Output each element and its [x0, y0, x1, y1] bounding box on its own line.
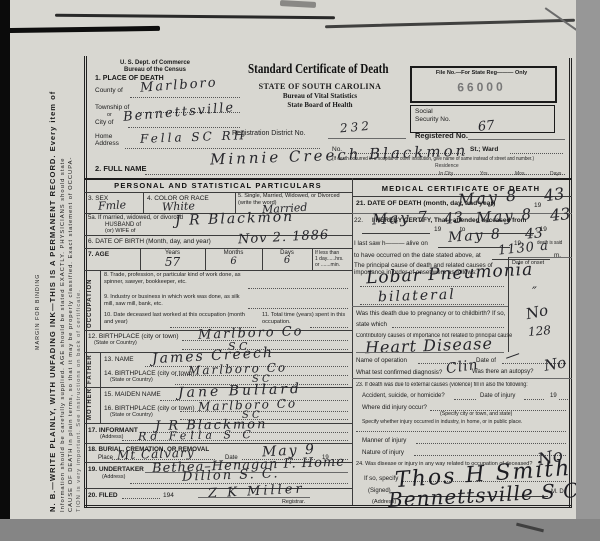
age-years-value: 57	[140, 256, 205, 268]
autopsy-value: No	[543, 355, 567, 374]
blank-line	[524, 399, 544, 400]
state-line: STATE OF SOUTH CAROLINA	[250, 82, 390, 91]
blank-line	[356, 352, 504, 353]
manner-of-injury-label: Manner of injury	[362, 437, 406, 444]
occupation-totaltime-label: 11. Total time (years) spent in this occ…	[262, 312, 348, 325]
blank-line	[510, 153, 563, 154]
or-label: or	[107, 112, 112, 118]
blank-line	[248, 288, 348, 289]
blank-line	[454, 399, 476, 400]
blank-line	[310, 327, 348, 328]
registration-district-label: Registration District No.	[232, 130, 306, 138]
last-saw-value: May 8	[448, 227, 503, 245]
autopsy-label: Was there an autopsy?	[472, 369, 533, 376]
blank-line	[180, 411, 348, 412]
certificate-paper: MARGIN FOR BINDING N. B.—WRITE PLAINLY, …	[10, 0, 576, 519]
attended-from-value: May 7	[372, 210, 430, 228]
margin-note-line2: Information should be carefully supplied…	[60, 157, 66, 512]
scan-smudge	[55, 14, 335, 19]
cell-divider	[100, 352, 101, 387]
operation-label: Name of operation	[356, 357, 407, 364]
undertaker-label: 19. UNDERTAKER	[88, 466, 144, 474]
occupation-lastworked-label: 10. Date deceased last worked at this oc…	[104, 312, 252, 325]
specify-injury-label: Specify whether injury occurred in indus…	[362, 419, 522, 426]
item22-number: 22.	[354, 217, 363, 225]
accident-label: Accident, suicide, or homicide?	[362, 393, 445, 400]
blank-line	[130, 483, 348, 484]
where-injury-note: (Specify city or town, and state)	[440, 411, 512, 417]
bureau-line: Bureau of Vital Statistics	[250, 92, 390, 100]
pregnancy-label2: state which	[356, 321, 387, 328]
from-year-prefix: 19	[434, 226, 441, 234]
cell-divider	[100, 387, 101, 423]
registrar-label: Registrar.	[282, 499, 305, 505]
margin-note-line1: N. B.—WRITE PLAINLY, WITH UNFADING INK—T…	[48, 91, 57, 512]
yrs-label: Yrs.	[480, 171, 489, 177]
rule	[84, 270, 352, 271]
date-of-death-year-prefix: 19	[534, 202, 541, 210]
board-line: State Board of Health	[250, 101, 390, 109]
attended-to-value: May 8	[476, 207, 534, 226]
blank-line	[356, 431, 566, 432]
injury-date-label: Date of injury	[480, 393, 515, 400]
if-so-specify-label: If so, specify	[364, 475, 398, 482]
county-value: Marlboro	[140, 76, 218, 94]
color-race-value: White	[162, 200, 195, 212]
time-of-death-value: 1130 a	[497, 239, 549, 257]
personal-section-header: PERSONAL AND STATISTICAL PARTICULARS	[84, 181, 352, 190]
occupation-trade-label: 8. Trade, profession, or particular kind…	[104, 272, 244, 285]
residence-label: Residence	[435, 163, 459, 169]
column-divider	[352, 178, 353, 505]
blank-line	[182, 340, 348, 341]
undertaker-address-value: Dillon S. C.	[182, 467, 280, 483]
date-of-death-year-value: 43	[543, 186, 565, 205]
scan-smudge	[0, 26, 160, 33]
informant-address-sub: (Address)	[100, 434, 123, 440]
father-birthplace-sub: (State or Country)	[110, 377, 153, 383]
occupation-side-label: OCCUPATION	[87, 274, 93, 328]
cause-of-death-value2: bilateral	[378, 288, 456, 305]
filed-label: 20. FILED	[88, 492, 118, 500]
cell-divider	[143, 192, 144, 213]
file-number-stamp: 66000	[412, 79, 551, 95]
birthplace-sub-label: (State or Country)	[94, 340, 137, 346]
where-injury-label: Where did injury occur?	[362, 404, 427, 411]
filed-year-prefix: 194	[163, 492, 174, 500]
from-year-value: 43	[443, 210, 463, 227]
full-name-label: 2. FULL NAME	[95, 164, 147, 173]
contributory-code: 128	[528, 324, 552, 338]
occupation-industry-label: 9. Industry or business in which work wa…	[104, 294, 244, 307]
contributory-value: Heart Disease	[365, 336, 493, 356]
mother-birthplace-sub: (State or Country)	[110, 412, 153, 418]
address-label: Address	[95, 140, 119, 148]
cell-divider	[235, 192, 236, 213]
father-name-label: 13. NAME	[104, 356, 134, 364]
blank-line	[175, 375, 348, 376]
scan-right-band	[576, 0, 600, 519]
blank-line	[248, 308, 348, 309]
mos-label: Mos.	[515, 171, 526, 177]
scan-bottom-band	[0, 519, 600, 541]
husband-wife-label3: (or) WIFE of	[105, 228, 135, 235]
date-of-birth-value: Nov 2. 1886	[238, 229, 330, 247]
days-label: Days	[550, 171, 561, 177]
dept-line2: Bureau of the Census	[110, 67, 200, 74]
blank-line	[559, 399, 568, 400]
blank-line	[130, 97, 240, 98]
to-year-value: 43	[549, 206, 571, 224]
st-ward-label: St.; Ward	[470, 146, 498, 154]
margin-note-line4: TION is very important. See instructions…	[76, 289, 82, 512]
scanned-death-certificate: MARGIN FOR BINDING N. B.—WRITE PLAINLY, …	[0, 0, 600, 541]
date-of-birth-label: 6. DATE OF BIRTH (Month, day, and year)	[88, 238, 211, 246]
cell-divider	[100, 270, 101, 330]
blank-line	[416, 443, 566, 444]
age-days-value: 6	[262, 256, 312, 266]
social-label1: Social	[415, 108, 433, 116]
blank-line	[392, 327, 504, 328]
file-number-label: File No.—For State Reg——— Only	[412, 70, 551, 77]
blank-line	[360, 286, 504, 287]
blank-line	[122, 498, 160, 499]
undertaker-address-sub: (Address)	[102, 474, 125, 480]
operation-date-label: Date of	[476, 357, 496, 364]
age-months-value: 6	[205, 257, 262, 267]
scan-smudge	[325, 19, 575, 29]
registered-no-value: 67	[477, 119, 495, 134]
husband-wife-value: J R Blackmon	[175, 210, 295, 228]
age-label: 7. AGE	[88, 251, 109, 259]
occurred-label: to have occurred on the date stated abov…	[354, 252, 481, 260]
city-value: Bennettsville	[123, 101, 236, 124]
blank-line	[328, 138, 406, 139]
time-m-label: m.	[554, 252, 561, 260]
blank-line	[128, 127, 240, 128]
cell-divider	[312, 248, 313, 270]
certificate-title: Standard Certificate of Death	[248, 61, 389, 77]
less-than-day-label3: or .......min.	[315, 262, 340, 268]
father-side-label: FATHER	[87, 356, 93, 384]
blank-line	[362, 233, 430, 234]
onset-box-top	[508, 257, 572, 258]
rule	[352, 378, 572, 379]
county-label: County of	[95, 87, 123, 95]
social-label2: Security No.	[415, 116, 450, 124]
external-causes-label: 23. If death was due to external causes …	[356, 382, 528, 389]
last-saw-label: I last saw h——— alive on	[354, 240, 428, 248]
scan-binding-strip	[0, 0, 10, 519]
registered-no-label: Registered No.	[415, 131, 468, 140]
mother-side-label: MOTHER	[87, 391, 93, 420]
test-label: What test confirmed diagnosis?	[356, 369, 442, 376]
blank-line	[145, 174, 565, 175]
date-of-death-value: May 8	[457, 187, 518, 208]
pregnancy-value: No	[525, 303, 550, 322]
table-top-rule	[84, 178, 572, 180]
sex-value: Fmle	[98, 199, 127, 211]
nature-of-injury-label: Nature of injury	[362, 449, 404, 456]
blank-line	[468, 139, 565, 140]
in-city-label: In City	[439, 171, 453, 177]
blank-line	[198, 497, 310, 498]
registration-district-value: 232	[340, 120, 373, 135]
margin-note-line3: CAUSE OF DEATH in plain terms, so that i…	[68, 157, 74, 512]
scan-smudge	[280, 0, 316, 8]
margin-binding-label: MARGIN FOR BINDING	[35, 274, 41, 350]
injury-year-prefix: 19	[550, 393, 557, 400]
mother-maiden-label: 15. MAIDEN NAME	[104, 391, 161, 399]
rule	[352, 306, 508, 307]
blank-line	[360, 304, 504, 305]
form-right-border	[569, 58, 572, 507]
pregnancy-label1: Was this death due to pregnancy or to ch…	[356, 310, 505, 317]
city-label: City of	[95, 119, 113, 127]
onset-ditto-mark: ″	[532, 286, 537, 299]
